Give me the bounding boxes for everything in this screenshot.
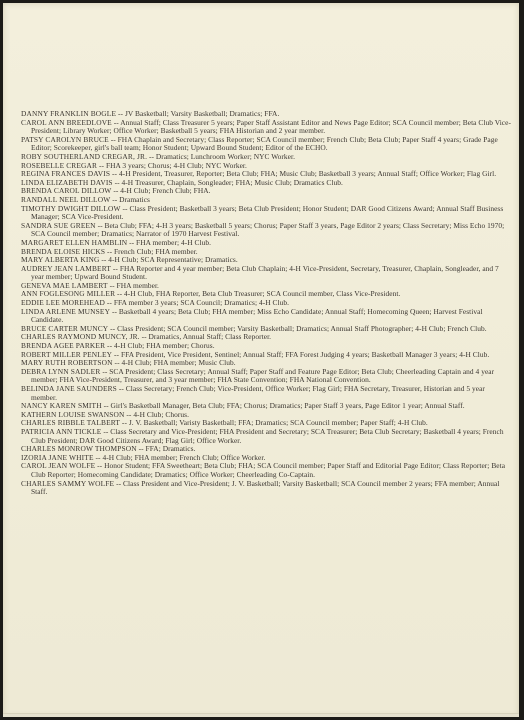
- senior-activities-roster: DANNY FRANKLIN BOGLE -- JV Basketball; V…: [21, 110, 511, 497]
- student-entry: PATRICIA ANN TICKLE -- Class Secretary a…: [21, 428, 511, 445]
- separator: --: [114, 479, 123, 488]
- student-entry: PATSY CAROLYN BRUCE -- FHA Chaplain and …: [21, 136, 511, 153]
- student-entry: DEBRA LYNN SADLER -- SCA President; Clas…: [21, 368, 511, 385]
- student-entry: AUDREY JEAN LAMBERT -- FHA Reporter and …: [21, 265, 511, 282]
- student-entry: CAROL JEAN WOLFE -- Honor Student; FFA S…: [21, 462, 511, 479]
- student-entry: SANDRA SUE GREEN -- Beta Club; FFA; 4-H …: [21, 222, 511, 239]
- student-entry: CHARLES SAMMY WOLFE -- Class President a…: [21, 480, 511, 497]
- separator: --: [117, 384, 126, 393]
- student-entry: CAROL ANN BREEDLOVE -- Annual Staff; Cla…: [21, 119, 511, 136]
- page-edge: [3, 713, 519, 717]
- separator: --: [110, 307, 119, 316]
- yearbook-page: DANNY FRANKLIN BOGLE -- JV Basketball; V…: [3, 3, 519, 717]
- student-entry: LINDA ARLENE MUNSEY -- Basketball 4 year…: [21, 308, 511, 325]
- student-entry: TIMOTHY DWIGHT DILLOW -- Class President…: [21, 205, 511, 222]
- student-entry: BELINDA JANE SAUNDERS -- Class Secretary…: [21, 385, 511, 402]
